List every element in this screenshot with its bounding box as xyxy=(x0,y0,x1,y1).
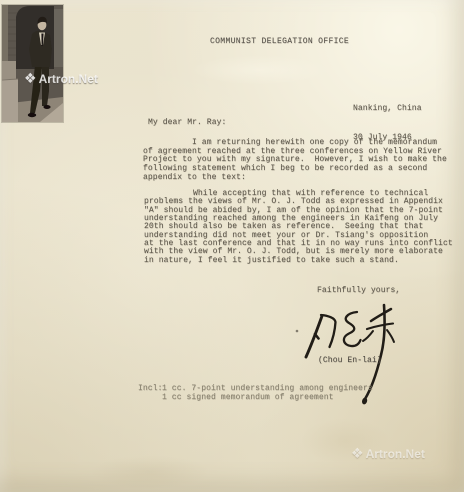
paragraph-2: While accepting that with reference to t… xyxy=(144,190,453,265)
watermark-bottom: ❖ Artron.Net xyxy=(351,445,425,462)
closing-line: Faithfully yours, xyxy=(317,287,400,296)
portrait-photo-chou-en-lai xyxy=(2,5,63,122)
signature-printed-name: (Chou En-lai) xyxy=(318,357,382,366)
paper-stain xyxy=(300,418,390,464)
paragraph-1: I am returning herewith one copy of the … xyxy=(143,139,447,183)
paper-highlight xyxy=(190,55,330,85)
portrait-photo-art xyxy=(2,5,63,122)
watermark-text: Artron.Net xyxy=(366,447,425,461)
letter-page: ❖ Artron.Net COMMUNIST DELEGATION OFFICE… xyxy=(0,0,464,492)
salutation: My dear Mr. Ray: xyxy=(148,119,226,128)
paper-stain xyxy=(90,455,210,489)
artron-logo-icon: ❖ xyxy=(351,445,364,462)
enclosure-label: Incl: xyxy=(138,384,163,393)
dateline-place: Nanking, China xyxy=(353,104,422,114)
enclosure-items: 1 cc. 7-point understanding among engine… xyxy=(162,384,373,403)
letterhead-title: COMMUNIST DELEGATION OFFICE xyxy=(210,38,349,47)
